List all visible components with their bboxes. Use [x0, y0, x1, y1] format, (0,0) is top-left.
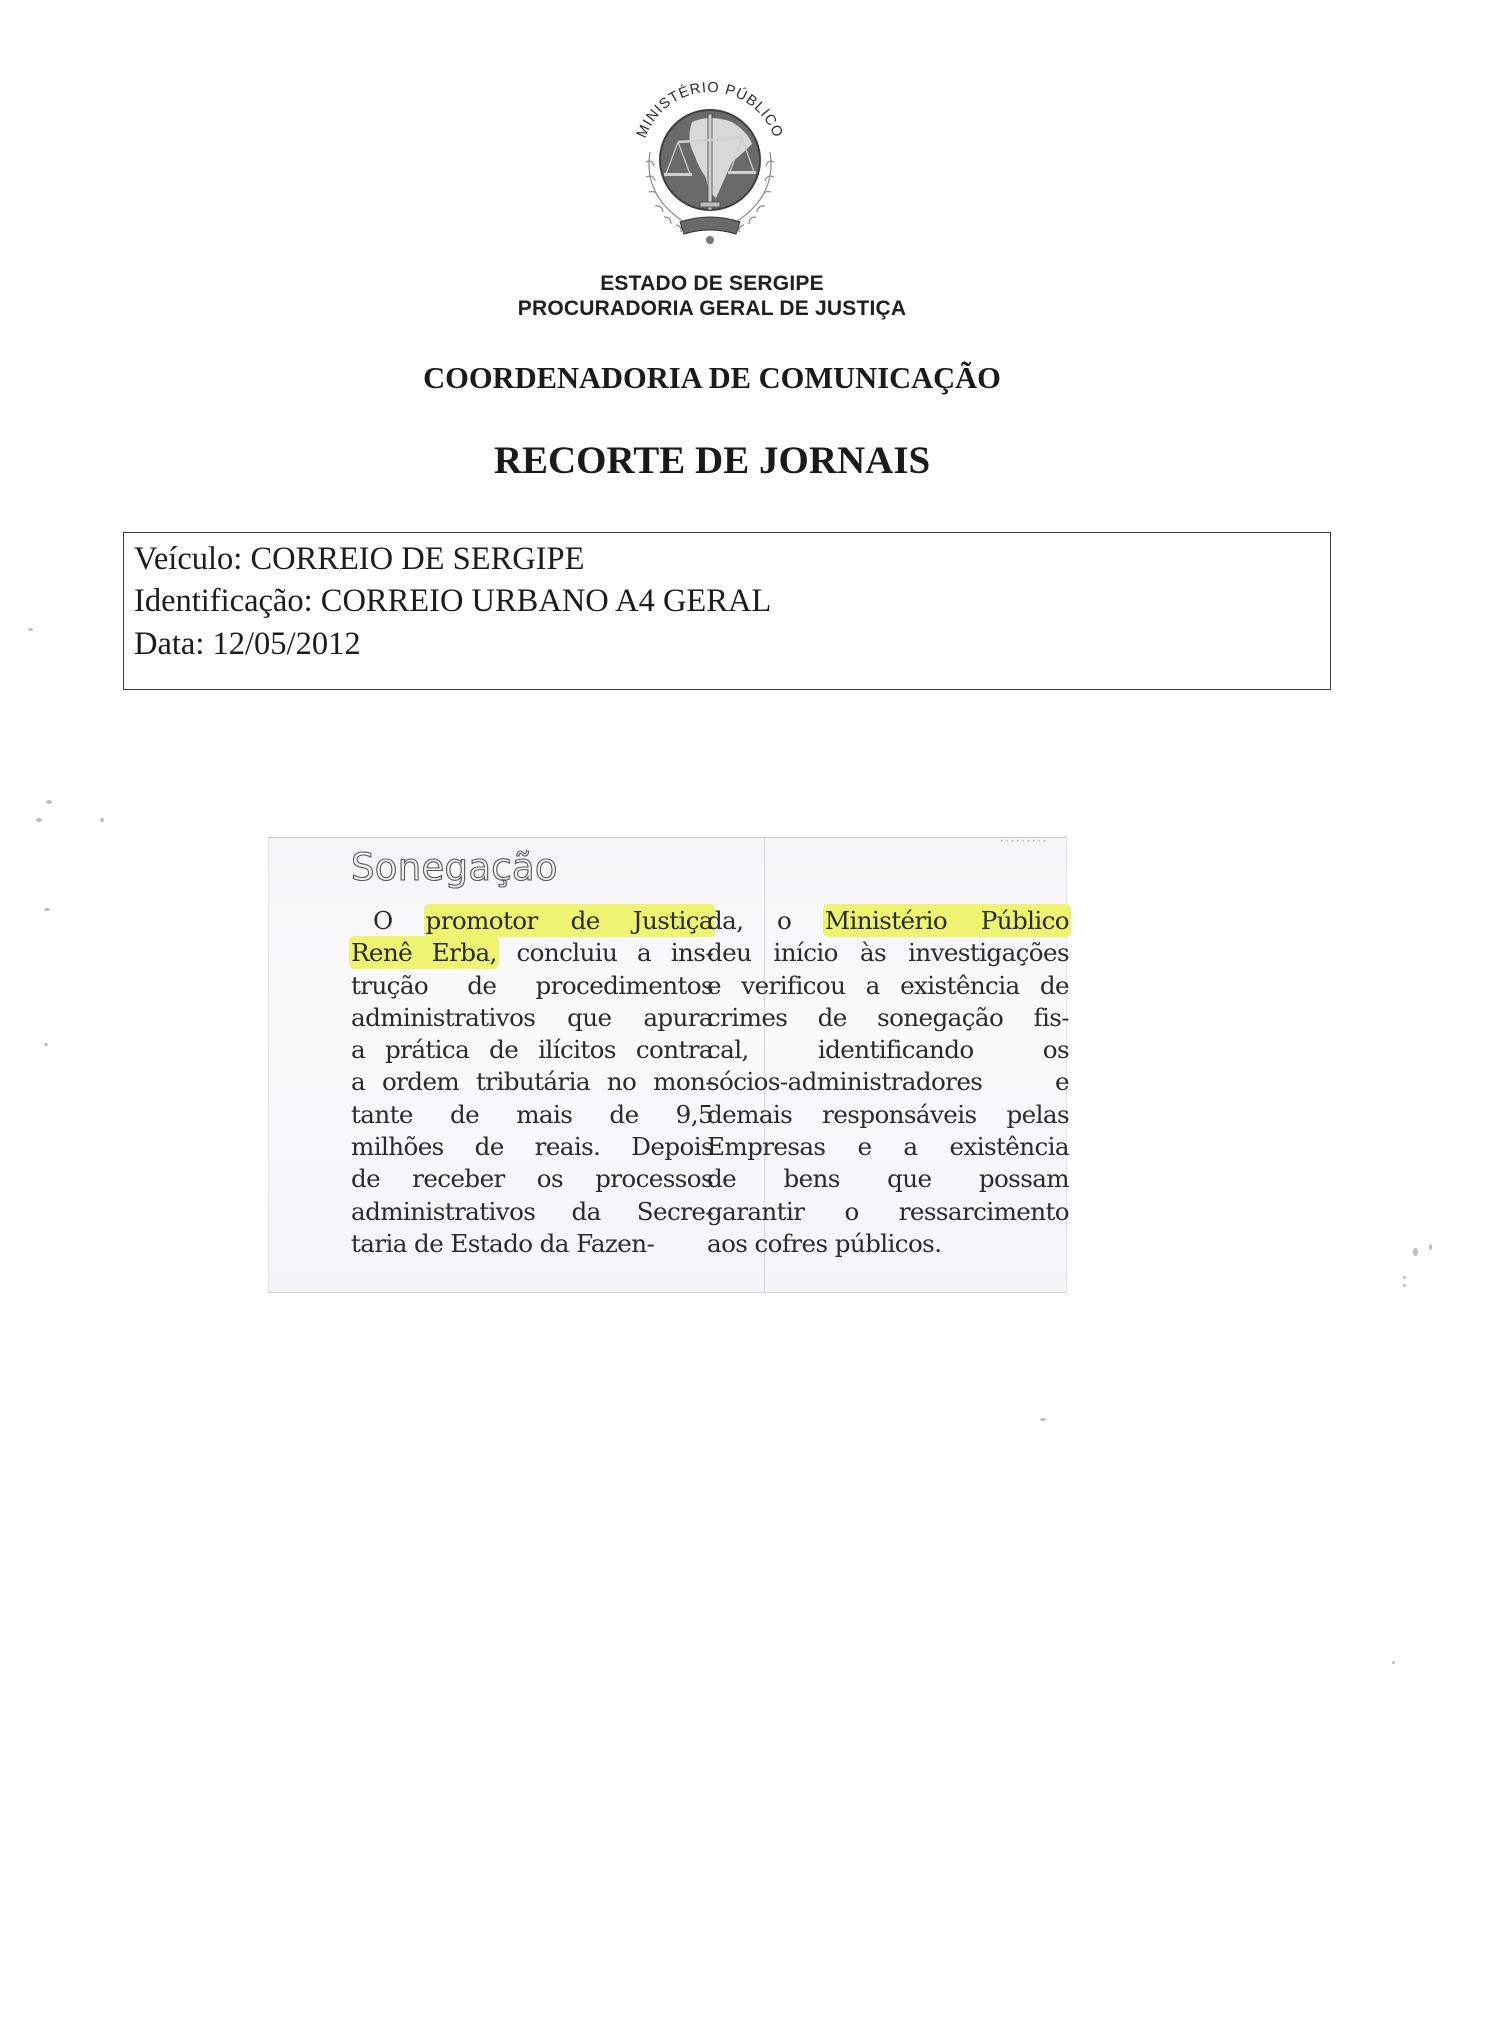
- clipping-text-line: milhões de reais. Depois: [351, 1131, 713, 1163]
- scan-speck: [1392, 1661, 1395, 1664]
- highlighted-text: promotor de Justiça: [426, 906, 713, 935]
- highlighted-text: Renê Erba,: [351, 938, 497, 967]
- clipping-edge-mark: ·········: [1000, 835, 1048, 846]
- clipping-text-line: demais responsáveis pelas: [707, 1099, 1069, 1131]
- identificacao-label: Identificação:: [134, 583, 313, 619]
- scan-speck: [44, 1043, 48, 1046]
- scan-speck: [1403, 1276, 1406, 1279]
- clipping-text-line: de bens que possam: [707, 1163, 1069, 1195]
- clipping-text-line: Empresas e a existência: [707, 1131, 1069, 1163]
- clipping-text-line: trução de procedimentos: [351, 970, 713, 1002]
- info-veiculo: Veículo: CORREIO DE SERGIPE: [134, 541, 584, 578]
- clipping-text-line: administrativos da Secre-: [351, 1196, 713, 1228]
- highlighted-text: Ministério Público: [825, 906, 1069, 935]
- scan-speck: [36, 818, 42, 822]
- data-label: Data:: [134, 626, 204, 662]
- ministerio-publico-seal-icon: MINISTÉRIO PÚBLICO: [620, 62, 800, 252]
- clipping-text-line: aos cofres públicos.: [707, 1228, 1069, 1260]
- scan-speck: [1413, 1248, 1418, 1256]
- clipping-text-line: e verificou a existência de: [707, 970, 1069, 1002]
- identificacao-value: CORREIO URBANO A4 GERAL: [321, 583, 772, 619]
- clipping-text-line: cal, identificando os: [707, 1034, 1069, 1066]
- clipping-text-line: O promotor de Justiça: [351, 905, 713, 937]
- scan-speck: [1040, 1418, 1046, 1421]
- veiculo-label: Veículo:: [134, 541, 242, 577]
- clipping-text-line: taria de Estado da Fazen-: [351, 1228, 713, 1260]
- clipping-text-line: crimes de sonegação fis-: [707, 1002, 1069, 1034]
- scan-speck: [44, 908, 50, 911]
- state-heading: ESTADO DE SERGIPE: [0, 272, 1424, 296]
- scan-speck: [1429, 1244, 1432, 1250]
- veiculo-value: CORREIO DE SERGIPE: [250, 541, 584, 577]
- newspaper-clipping: ········· Sonegação O promotor de Justiç…: [268, 837, 1067, 1293]
- clipping-text-line: administrativos que apura: [351, 1002, 713, 1034]
- document-title: RECORTE DE JORNAIS: [0, 438, 1424, 483]
- clipping-text-line: da, o Ministério Público: [707, 905, 1069, 937]
- info-identificacao: Identificação: CORREIO URBANO A4 GERAL: [134, 583, 771, 620]
- agency-heading: PROCURADORIA GERAL DE JUSTIÇA: [0, 297, 1424, 321]
- clipping-text-line: Renê Erba, concluiu a ins-: [351, 937, 713, 969]
- clipping-text-line: garantir o ressarcimento: [707, 1196, 1069, 1228]
- scan-speck: [28, 628, 33, 631]
- clipping-column-1: O promotor de JustiçaRenê Erba, concluiu…: [351, 905, 713, 1260]
- clipping-info-box: Veículo: CORREIO DE SERGIPE Identificaçã…: [123, 532, 1331, 690]
- scan-speck: [46, 800, 52, 804]
- scan-speck: [100, 818, 104, 822]
- scan-speck: [1403, 1284, 1406, 1287]
- clipping-text-line: sócios-administradores e: [707, 1066, 1069, 1098]
- department-heading: COORDENADORIA DE COMUNICAÇÃO: [0, 361, 1424, 396]
- clipping-text-line: deu início às investigações: [707, 937, 1069, 969]
- clipping-title: Sonegação: [351, 846, 558, 889]
- clipping-text-line: tante de mais de 9,5: [351, 1099, 713, 1131]
- clipping-text-line: a ordem tributária no mon-: [351, 1066, 713, 1098]
- clipping-text-line: de receber os processos: [351, 1163, 713, 1195]
- clipping-column-2: da, o Ministério Públicodeu início às in…: [707, 905, 1069, 1260]
- data-value: 12/05/2012: [213, 626, 361, 662]
- info-data: Data: 12/05/2012: [134, 626, 361, 663]
- clipping-text-line: a prática de ilícitos contra: [351, 1034, 713, 1066]
